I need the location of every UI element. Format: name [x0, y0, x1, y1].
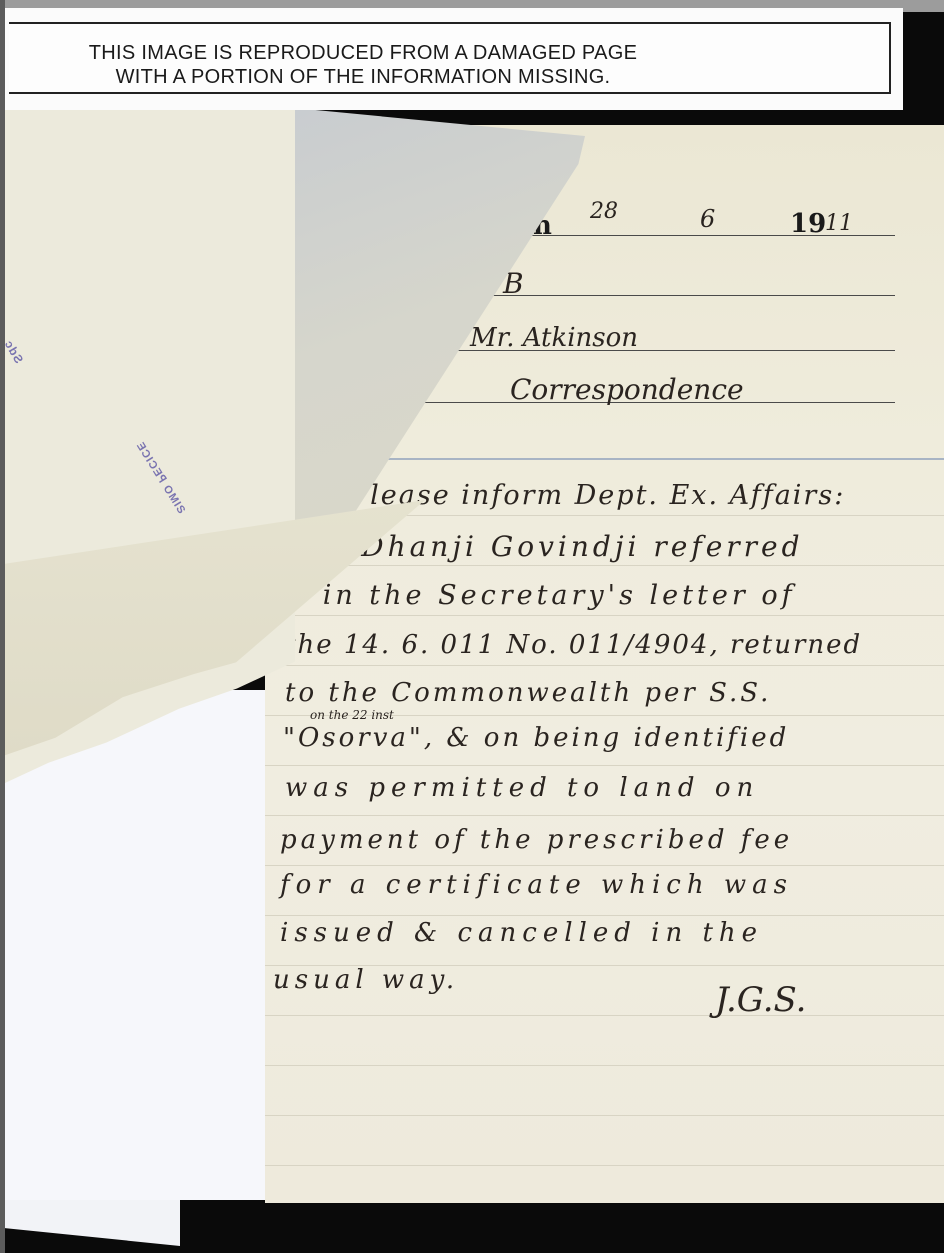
date-day: 28	[590, 199, 618, 224]
body-line-5: to the Commonwealth per S.S.	[285, 678, 771, 708]
body-line-1: Please inform Dept. Ex. Affairs:	[350, 480, 845, 511]
body-line-10: issued & cancelled in the	[280, 918, 763, 948]
body-line-4: the 14. 6. 011 No. 011/4904, returned	[285, 630, 862, 660]
body-line-3: to in the Secretary's letter of	[275, 580, 796, 611]
body-line-8: payment of the prescribed fee	[280, 825, 793, 855]
body-line-9: for a certificate which was	[280, 870, 793, 900]
white-backing-corner	[0, 1200, 180, 1246]
body-line-6: "Osorva", & on being identified	[283, 723, 789, 753]
interlinear-note: on the 22 inst	[310, 708, 394, 722]
date-year-written: 11	[825, 211, 853, 236]
subject-value: Correspondence	[510, 373, 744, 406]
notice-line-2: WITH A PORTION OF THE INFORMATION MISSIN…	[0, 66, 803, 89]
date-month: 6	[700, 205, 715, 233]
damage-notice-banner: THIS IMAGE IS REPRODUCED FROM A DAMAGED …	[5, 8, 903, 110]
damage-notice-box: THIS IMAGE IS REPRODUCED FROM A DAMAGED …	[9, 22, 891, 94]
scanned-document: n 28 6 19 11 B Mr. Atkinson Corresponden…	[0, 0, 944, 1253]
body-line-7: was permitted to land on	[285, 773, 759, 803]
to-value: Mr. Atkinson	[470, 323, 638, 353]
body-line-11: usual way.	[273, 965, 459, 995]
scan-left-edge	[0, 0, 5, 1253]
signature-initials: J.G.S.	[715, 980, 806, 1020]
date-year-printed: 19	[790, 209, 826, 239]
notice-line-1: THIS IMAGE IS REPRODUCED FROM A DAMAGED …	[0, 42, 803, 65]
